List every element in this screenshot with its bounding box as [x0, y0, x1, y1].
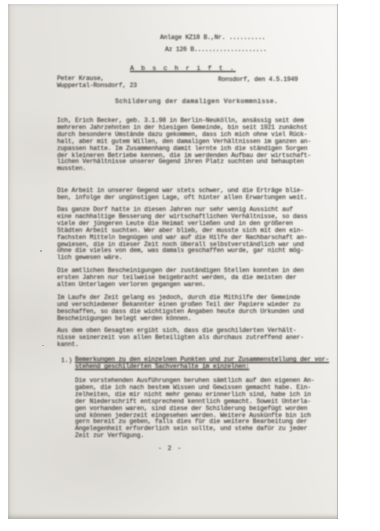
text-line: nisse seinerzeit von allen Beteiligten a…: [57, 335, 304, 342]
paragraph-2: Die Arbeit in unserer Gegend war stets s…: [57, 188, 307, 202]
section-heading-lines: Bemerkungen zu den einzelnen Punkten und…: [75, 357, 329, 371]
paragraph-7: Die vorstehenden Ausführungen beruhen sä…: [75, 378, 315, 440]
paragraph-1: Ich, Erich Becker, geb. 3.1.98 in Berlin…: [57, 118, 311, 173]
text-line: Bescheinigungen belegt werden können.: [57, 316, 304, 323]
scanned-document-page: Anlage KZ18 B.,Nr. .......... Az 126 B..…: [8, 4, 338, 519]
text-line: kannt.: [57, 342, 304, 349]
text-line: ben, infolge der ungünstigen Lage, oft h…: [57, 195, 307, 202]
section-number: 1.): [61, 357, 72, 364]
text-line: Zeit zur Verfügung.: [75, 433, 315, 440]
section-heading: 1.) Bemerkungen zu den einzelnen Punkten…: [75, 357, 329, 371]
text-line: lichen Verhältnisse unserer Gegend ihren…: [57, 159, 311, 166]
paragraph-5: Im Laufe der Zeit gelang es jedoch, durc…: [57, 295, 304, 323]
typewritten-text-layer: Anlage KZ18 B.,Nr. .......... Az 126 B..…: [8, 4, 338, 519]
scan-artifact-speck: [42, 345, 44, 346]
text-line: Wuppertal-Ronsdorf, 23: [57, 83, 137, 90]
paragraph-3: Das ganze Dorf hatte in diesen Jahren nu…: [57, 207, 307, 262]
document-title: Schilderung der damaligen Vorkommnisse.: [115, 98, 278, 105]
paragraph-6: Aus dem oben Gesagten ergibt sich, dass …: [57, 328, 304, 349]
text-line: alten Unterlagen verloren gegangen waren…: [57, 282, 304, 289]
sender-block: Peter Krause,Wuppertal-Ronsdorf, 23: [57, 76, 137, 90]
text-line: mussten.: [57, 166, 311, 173]
scan-artifact-speck: [40, 250, 42, 252]
text-line: stehend geschilderten Sachverhalte im ei…: [75, 364, 329, 371]
copy-heading-abschrift: A b s c h r i f t .: [130, 65, 236, 72]
text-line: lich gewesen wäre.: [57, 255, 307, 262]
header-reference-line-2: Az 126 B....................: [165, 47, 267, 54]
header-reference-line-1: Anlage KZ18 B.,Nr. ..........: [160, 35, 265, 42]
page-number: - 2 -: [158, 445, 182, 452]
paragraph-4: Die amtlichen Bescheinigungen der zustän…: [57, 268, 304, 289]
date-line: Ronsdorf, den 4.5.1949: [218, 77, 298, 84]
